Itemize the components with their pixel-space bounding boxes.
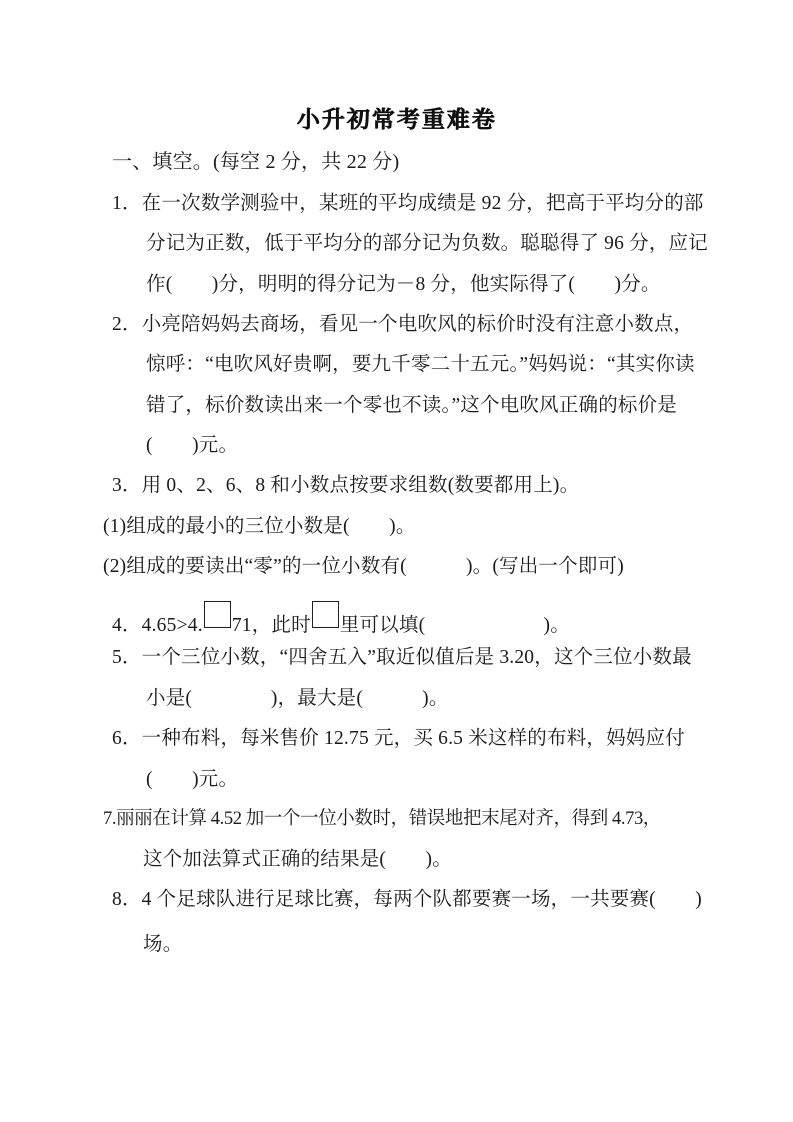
question-2-line-4: ( )元。 <box>146 432 238 459</box>
question-3-subitem-2: (2)组成的要读出“零”的一位小数有( )。(写出一个即可) <box>103 553 624 580</box>
question-6-line-2: ( )元。 <box>146 766 238 793</box>
question-3-subitem-1: (1)组成的最小的三位小数是( )。 <box>103 513 416 540</box>
question-1-line-2: 分记为正数，低于平均分的部分记为负数。聪聪得了 96 分，应记 <box>146 230 708 257</box>
question-2-line-1: 2．小亮陪妈妈去商场，看见一个电吹风的标价时没有注意小数点， <box>112 311 693 338</box>
question-2-line-2: 惊呼：“电吹风好贵啊，要九千零二十五元。”妈妈说：“其实你读 <box>146 351 695 378</box>
question-4-line-1: 4．4.65>4.71，此时里可以填( )。 <box>112 601 570 639</box>
question-1-line-3: 作( )分，明明的得分记为－8 分，他实际得了( )分。 <box>146 271 661 298</box>
question-8-line-1: 8．4 个足球队进行足球比赛，每两个队都要赛一场，一共要赛( ) <box>112 886 702 913</box>
question-7-line-2: 这个加法算式正确的结果是( )。 <box>143 846 452 873</box>
exam-page: 小升初常考重难卷 一、填空。(每空 2 分，共 22 分) 1．在一次数学测验中… <box>0 0 793 1122</box>
answer-box-icon <box>204 601 231 628</box>
question-1-line-1: 1．在一次数学测验中，某班的平均成绩是 92 分，把高于平均分的部 <box>112 190 704 217</box>
page-title: 小升初常考重难卷 <box>0 101 793 134</box>
question-4-text-before-box: 4．4.65>4. <box>112 615 203 636</box>
question-2-line-3: 错了，标价数读出来一个零也不读。”这个电吹风正确的标价是 <box>146 392 677 419</box>
question-3-line-1: 3．用 0、2、6、8 和小数点按要求组数(数要都用上)。 <box>112 472 579 499</box>
question-8-line-2: 场。 <box>143 931 182 958</box>
question-4-text-between-boxes: 71，此时 <box>232 615 311 636</box>
question-6-line-1: 6．一种布料，每米售价 12.75 元，买 6.5 米这样的布料，妈妈应付 <box>112 725 685 752</box>
section-heading: 一、填空。(每空 2 分，共 22 分) <box>112 149 399 176</box>
question-5-line-1: 5．一个三位小数，“四舍五入”取近似值后是 3.20，这个三位小数最 <box>112 644 692 671</box>
answer-box-icon <box>312 601 339 628</box>
question-5-line-2: 小是( )，最大是( )。 <box>146 685 449 712</box>
question-4-text-after-box: 里可以填( )。 <box>340 615 570 636</box>
question-7-line-1: 7.丽丽在计算 4.52 加一个一位小数时，错误地把末尾对齐，得到 4.73， <box>103 806 661 833</box>
